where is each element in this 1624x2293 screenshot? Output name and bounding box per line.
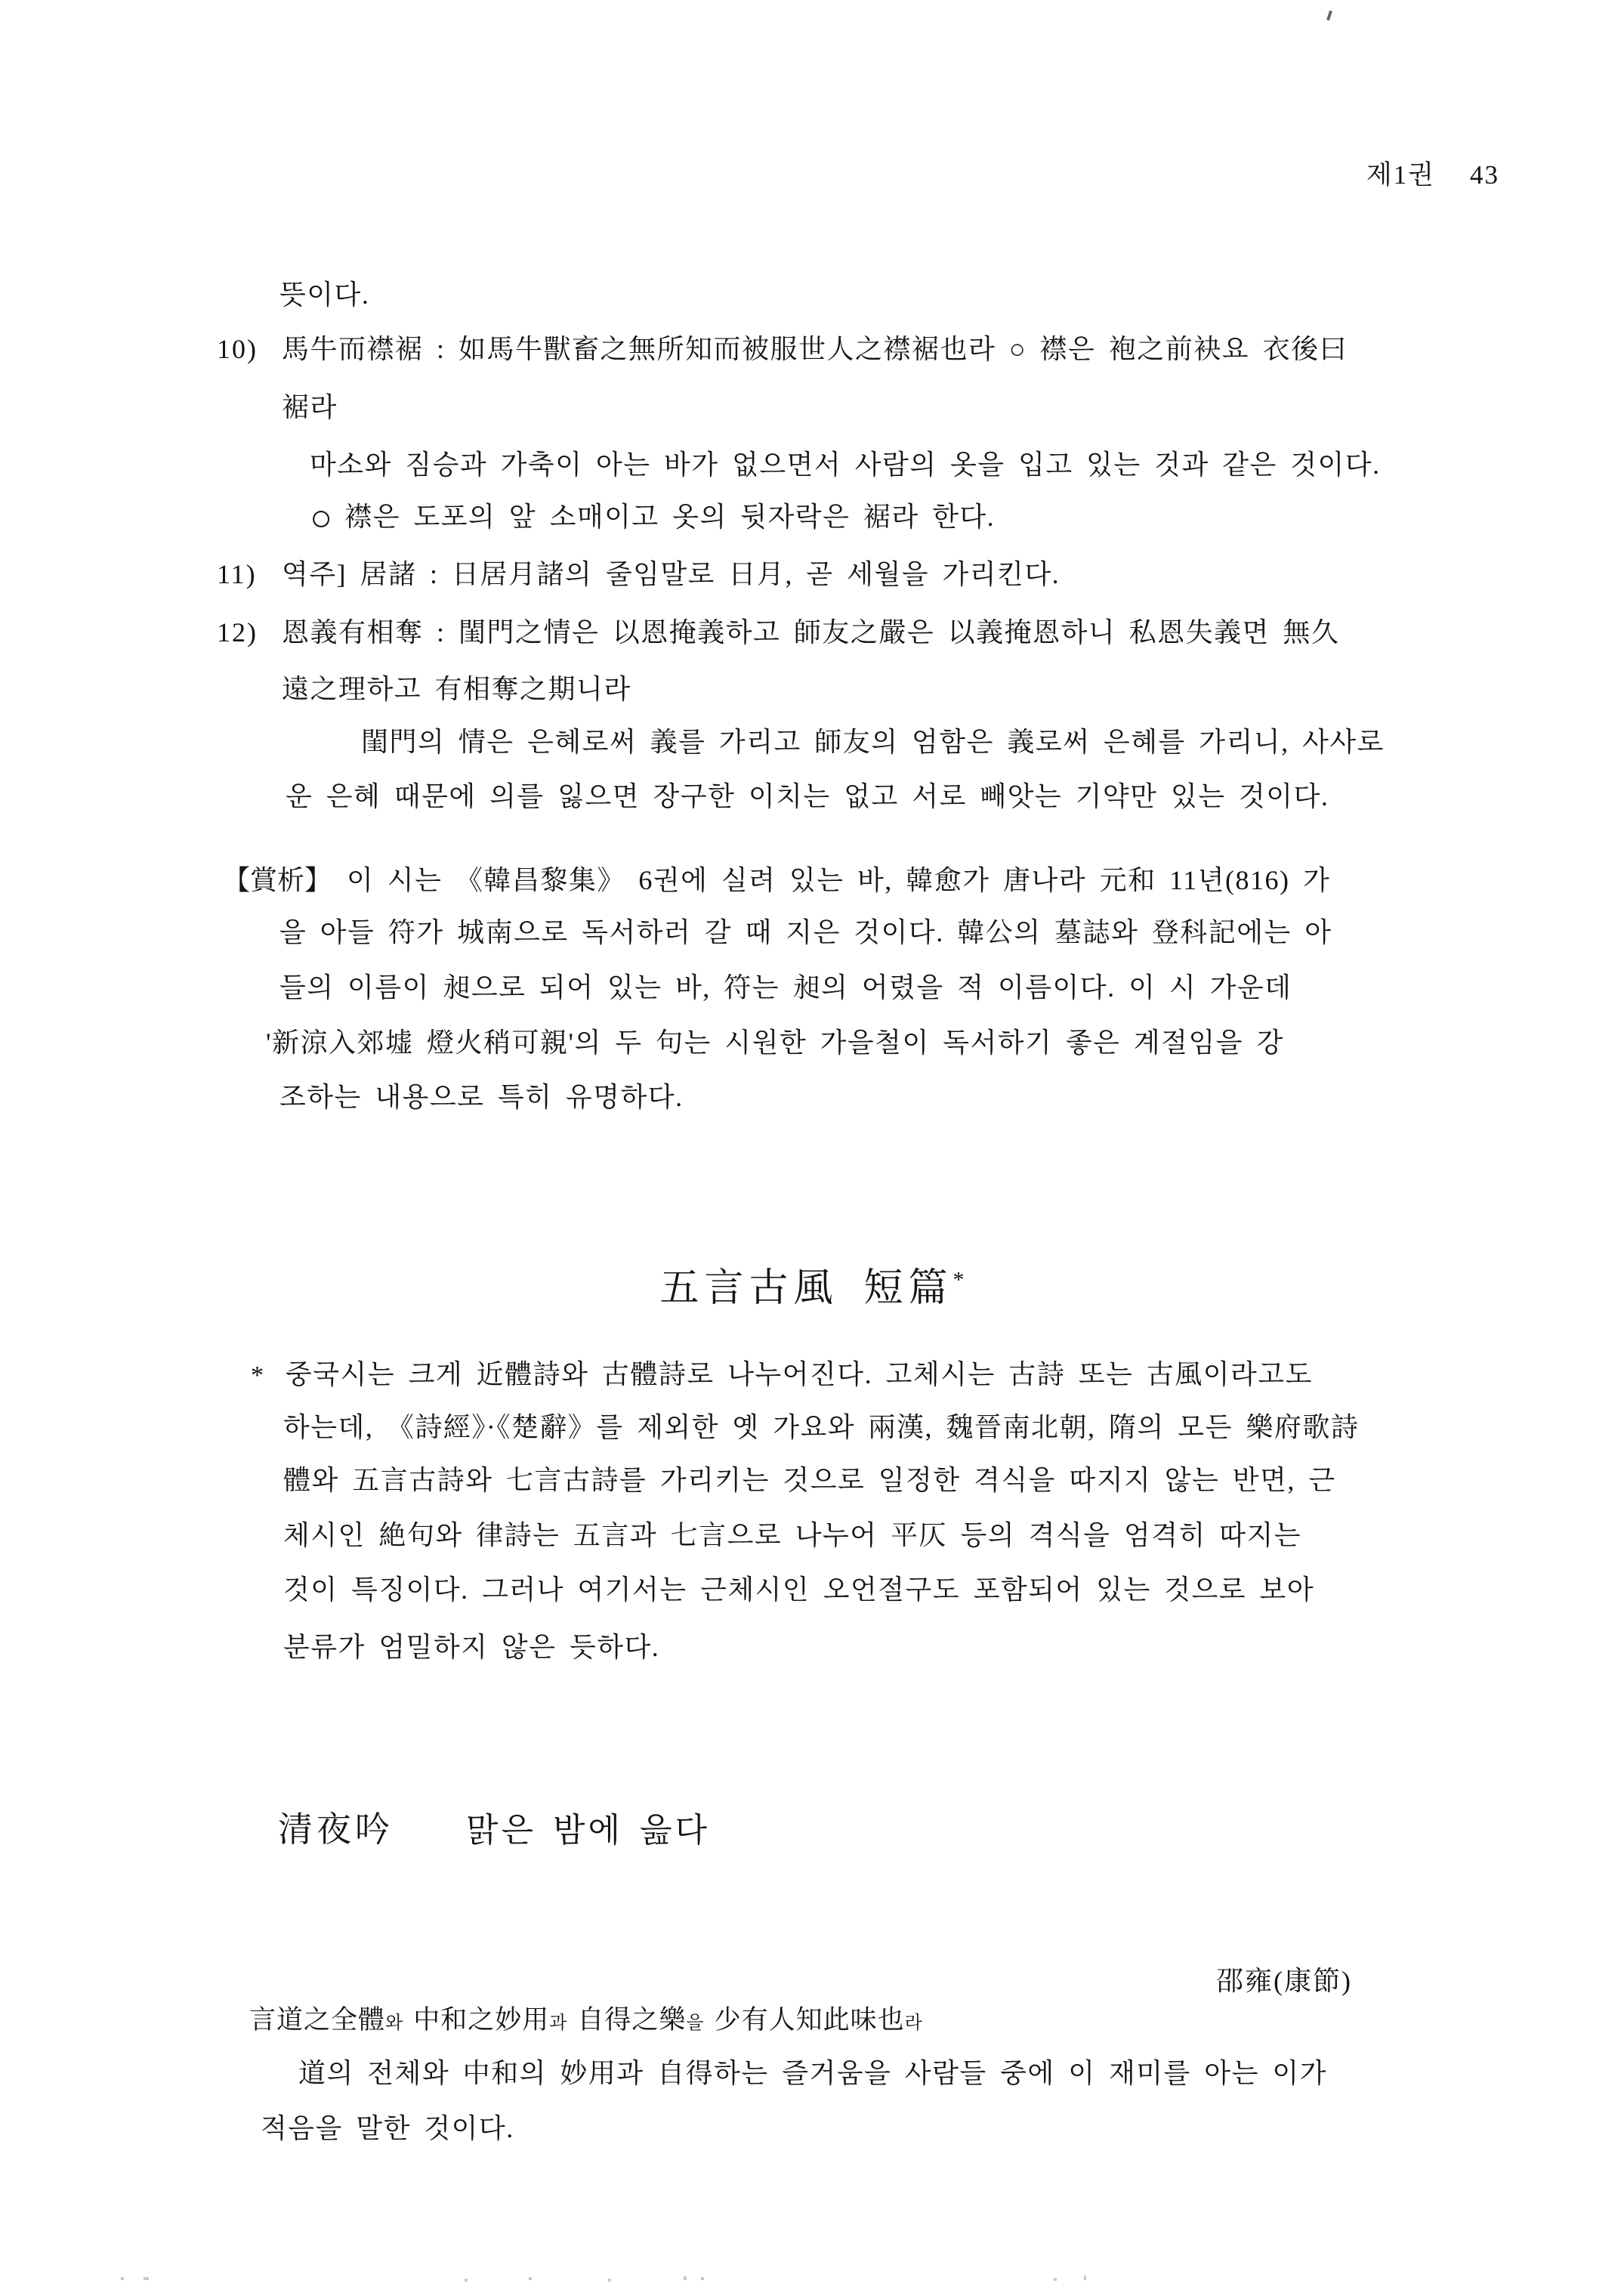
scan-artifact bbox=[529, 2277, 532, 2280]
note-10-number: 10) bbox=[217, 332, 282, 366]
note-10-translation-2-text: 襟은 도포의 앞 소매이고 옷의 뒷자락은 裾라 한다. bbox=[344, 502, 995, 532]
scan-artifact bbox=[1054, 2278, 1057, 2281]
circle-mark: ○ bbox=[310, 496, 332, 539]
scan-artifact bbox=[1326, 11, 1332, 21]
footnote-marker: * bbox=[251, 1360, 286, 1392]
scan-artifact bbox=[701, 2277, 704, 2280]
gloss-segment: 自得之樂 bbox=[577, 2005, 686, 2035]
appreciation-line-1-text: 이 시는 《韓昌黎集》 6권에 실려 있는 바, 韓愈가 唐나라 元和 11년(… bbox=[347, 865, 1330, 895]
note-12-translation-2: 운 은혜 때문에 의를 잃으면 장구한 이치는 없고 서로 빼앗는 기약만 있는… bbox=[286, 780, 1329, 814]
carryover-line: 뜻이다. bbox=[279, 278, 369, 312]
poem-title-hanja: 清夜吟 bbox=[278, 1810, 394, 1849]
footnote-line-4: 체시인 絶句와 律詩는 五言과 七言으로 나누어 平仄 등의 격식을 엄격히 따… bbox=[283, 1519, 1301, 1553]
scan-artifact bbox=[121, 2277, 124, 2280]
scan-artifact bbox=[144, 2277, 149, 2280]
poem-author: 邵雍(康節) bbox=[1216, 1964, 1352, 1998]
appreciation-line-4: '新涼入郊墟 燈火稍可親'의 두 句는 시원한 가을철이 독서하기 좋은 계절임… bbox=[266, 1026, 1284, 1060]
header-page-number: 43 bbox=[1470, 160, 1499, 190]
footnote-line-5: 것이 특징이다. 그러나 여기서는 근체시인 오언절구도 포함되어 있는 것으로… bbox=[283, 1573, 1314, 1607]
page-header: 제1권43 bbox=[1366, 159, 1499, 192]
footnote-line-3: 體와 五言古詩와 七言古詩를 가리키는 것으로 일정한 격식을 따지지 않는 반… bbox=[283, 1463, 1336, 1497]
note-12-line-1: 12)恩義有相奪 : 閨門之情은 以恩掩義하고 師友之嚴은 以義掩恩하니 私恩失… bbox=[217, 616, 1339, 650]
appreciation-line-5: 조하는 내용으로 특히 유명하다. bbox=[279, 1080, 684, 1114]
note-10-line-1: 10)馬牛而襟裾 : 如馬牛獸畜之無所知而被服世人之襟裾也라 ○ 襟은 袍之前袂… bbox=[217, 332, 1348, 366]
gloss-segment: 言道之全體 bbox=[249, 2005, 385, 2035]
gloss-segment: 少有人知此味也 bbox=[715, 2005, 905, 2035]
section-title-text: 五言古風 短篇 bbox=[659, 1267, 952, 1310]
note-12-hanja-1: 恩義有相奪 : 閨門之情은 以恩掩義하고 師友之嚴은 以義掩恩하니 私恩失義면 … bbox=[282, 617, 1339, 647]
scan-artifact bbox=[684, 2276, 687, 2280]
note-12-line-2: 遠之理하고 有相奪之期니라 bbox=[282, 672, 631, 706]
footnote-line-2: 하는데, 《詩經》·《楚辭》를 제외한 옛 가요와 兩漢, 魏晉南北朝, 隋의 … bbox=[283, 1411, 1359, 1445]
note-11-number: 11) bbox=[217, 558, 282, 592]
poem-translation-2: 적음을 말한 것이다. bbox=[261, 2112, 514, 2146]
footnote-line-6: 분류가 엄밀하지 않은 듯하다. bbox=[283, 1630, 659, 1664]
note-10-translation-1: 마소와 짐승과 가축이 아는 바가 없으면서 사람의 옷을 입고 있는 것과 같… bbox=[310, 448, 1381, 482]
scan-artifact bbox=[465, 2279, 468, 2282]
appreciation-line-2: 을 아들 符가 城南으로 독서하러 갈 때 지은 것이다. 韓公의 墓誌와 登科… bbox=[279, 916, 1332, 950]
note-11-text: 역주] 居諸 : 日居月諸의 줄임말로 日月, 곧 세월을 가리킨다. bbox=[282, 559, 1060, 589]
gloss-particle: 과 bbox=[549, 2013, 567, 2033]
scan-artifact bbox=[608, 2279, 611, 2282]
scan-artifact bbox=[1084, 2276, 1086, 2280]
appreciation-label: 【賞析】 bbox=[223, 865, 332, 895]
gloss-particle: 라 bbox=[905, 2013, 922, 2033]
section-title-asterisk: * bbox=[953, 1268, 965, 1293]
footnote-line-1-text: 중국시는 크게 近體詩와 古體詩로 나누어진다. 고체시는 古詩 또는 古風이라… bbox=[286, 1359, 1313, 1389]
note-12-number: 12) bbox=[217, 616, 282, 650]
note-12-translation-1: 閨門의 情은 은혜로써 義를 가리고 師友의 엄함은 義로써 은혜를 가리니, … bbox=[361, 725, 1385, 759]
note-10-hanja-1: 馬牛而襟裾 : 如馬牛獸畜之無所知而被服世人之襟裾也라 ○ 襟은 袍之前袂요 衣… bbox=[282, 334, 1348, 364]
gloss-segment: 中和之妙用 bbox=[413, 2005, 549, 2035]
poem-title-korean: 맑은 밤에 읊다 bbox=[466, 1812, 710, 1849]
section-title: 五言古風 短篇* bbox=[0, 1256, 1624, 1312]
scanned-book-page: 제1권43 뜻이다. 10)馬牛而襟裾 : 如馬牛獸畜之無所知而被服世人之襟裾也… bbox=[0, 0, 1624, 2293]
note-11-line: 11)역주] 居諸 : 日居月諸의 줄임말로 日月, 곧 세월을 가리킨다. bbox=[217, 558, 1060, 592]
poem-translation-1: 道의 전체와 中和의 妙用과 自得하는 즐거움을 사람들 중에 이 재미를 아는… bbox=[298, 2057, 1327, 2091]
gloss-particle: 을 bbox=[686, 2013, 703, 2033]
poem-gloss-line: 言道之全體와中和之妙用과自得之樂을少有人知此味也라 bbox=[249, 2004, 922, 2037]
note-10-line-2: 裾라 bbox=[282, 391, 338, 425]
appreciation-line-1: 【賞析】이 시는 《韓昌黎集》 6권에 실려 있는 바, 韓愈가 唐나라 元和 … bbox=[223, 864, 1330, 898]
appreciation-line-3: 들의 이름이 昶으로 되어 있는 바, 符는 昶의 어렸을 적 이름이다. 이 … bbox=[279, 971, 1292, 1005]
gloss-particle: 와 bbox=[385, 2013, 403, 2033]
footnote-line-1: *중국시는 크게 近體詩와 古體詩로 나누어진다. 고체시는 古詩 또는 古風이… bbox=[251, 1358, 1313, 1392]
header-volume: 제1권 bbox=[1366, 160, 1435, 190]
note-10-translation-2: ○襟은 도포의 앞 소매이고 옷의 뒷자락은 裾라 한다. bbox=[310, 499, 995, 536]
poem-title: 清夜吟맑은 밤에 읊다 bbox=[278, 1808, 710, 1852]
